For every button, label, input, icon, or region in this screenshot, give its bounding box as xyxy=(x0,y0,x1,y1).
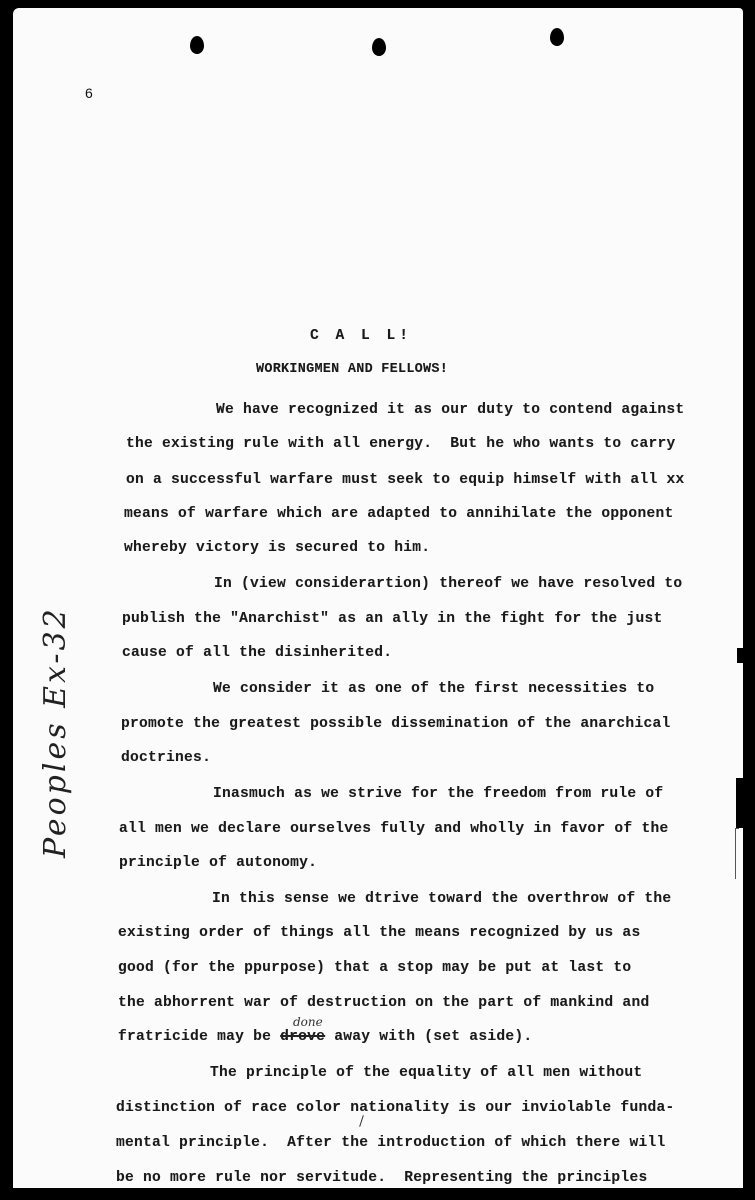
text-line: all men we declare ourselves fully and w… xyxy=(119,821,668,837)
text-line: In this sense we dtrive toward the overt… xyxy=(212,891,671,907)
text-line: distinction of race color nationality is… xyxy=(116,1100,674,1116)
text-line: whereby victory is secured to him. xyxy=(124,540,430,556)
page-number: 6 xyxy=(85,85,93,101)
text-line: cause of all the disinherited. xyxy=(122,645,392,661)
margin-exhibit-annotation: Peoples Ex-32 xyxy=(38,606,73,858)
struck-word: drove xyxy=(280,1029,325,1045)
text-line: In (view considerartion) thereof we have… xyxy=(214,576,682,592)
punch-hole xyxy=(190,36,204,54)
text-line: promote the greatest possible disseminat… xyxy=(121,716,670,732)
punch-hole xyxy=(372,38,386,56)
text-line: Inasmuch as we strive for the freedom fr… xyxy=(213,786,663,802)
text-line: mental principle. After the introduction… xyxy=(116,1135,665,1151)
correction-line: fratricide may be drove away with (set a… xyxy=(118,1029,532,1045)
document-subtitle: WORKINGMEN AND FELLOWS! xyxy=(256,362,448,377)
text-line: publish the "Anarchist" as an ally in th… xyxy=(122,611,662,627)
punch-hole xyxy=(550,28,564,46)
handwritten-comma-mark xyxy=(359,1115,364,1127)
text-line: principle of autonomy. xyxy=(119,855,317,871)
page-edge-tab xyxy=(737,648,743,663)
text-line: good (for the ppurpose) that a stop may … xyxy=(118,960,631,976)
document-title: C A L L! xyxy=(310,328,412,344)
text-line: be no more rule nor servitude. Represent… xyxy=(116,1170,647,1186)
margin-bracket-mark xyxy=(735,828,739,879)
text-line: We consider it as one of the first neces… xyxy=(213,681,654,697)
text-line: on a successful warfare must seek to equ… xyxy=(126,472,684,488)
text-segment: away with (set aside). xyxy=(325,1029,532,1045)
page-edge-tab xyxy=(736,778,743,828)
text-line: We have recognized it as our duty to con… xyxy=(216,402,684,418)
text-line: the abhorrent war of destruction on the … xyxy=(118,995,649,1011)
document-page: 6 C A L L! WORKINGMEN AND FELLOWS! We ha… xyxy=(13,8,743,1190)
text-line: doctrines. xyxy=(121,750,211,766)
scan-border-bottom xyxy=(0,1188,755,1200)
text-line: The principle of the equality of all men… xyxy=(210,1065,642,1081)
text-line: means of warfare which are adapted to an… xyxy=(124,506,673,522)
text-segment: fratricide may be xyxy=(118,1029,280,1045)
text-line: the existing rule with all energy. But h… xyxy=(126,436,675,452)
handwritten-insertion: done xyxy=(293,1015,323,1029)
text-line: existing order of things all the means r… xyxy=(118,925,640,941)
